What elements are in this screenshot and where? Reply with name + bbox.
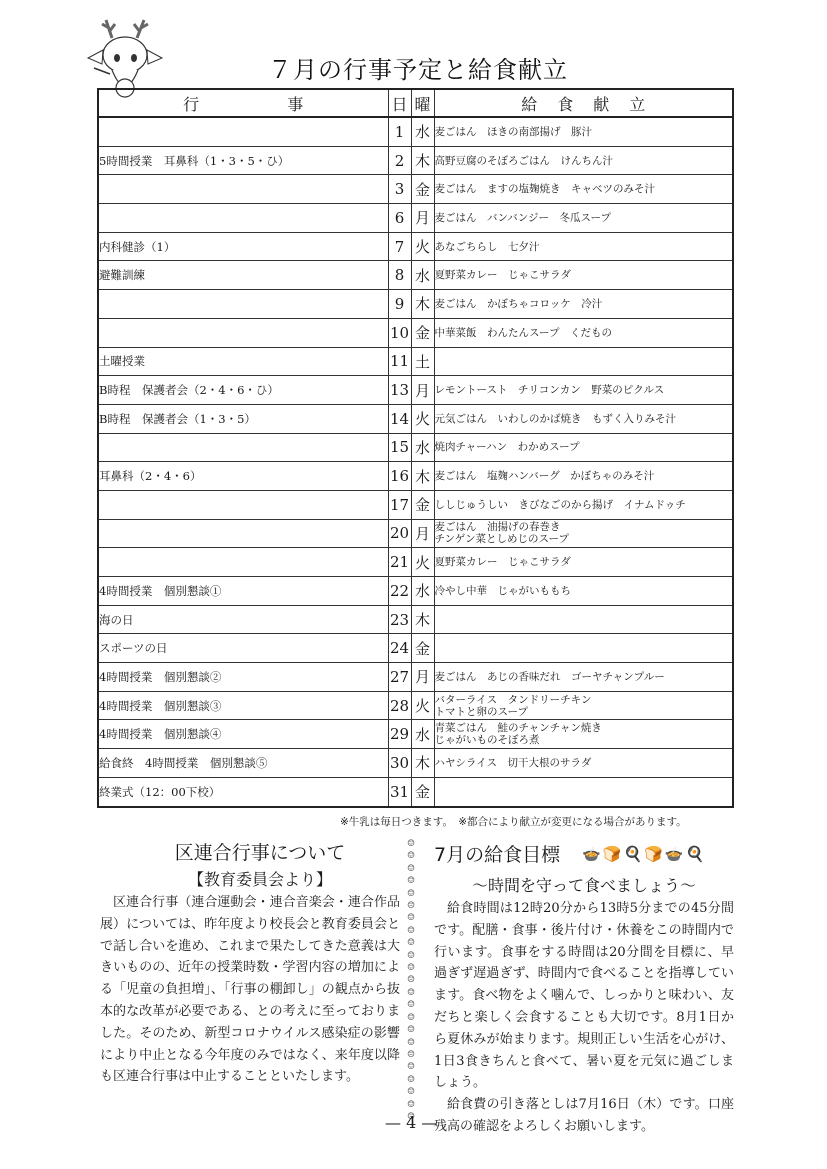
smiley-icon: ☺ xyxy=(407,962,415,974)
event-cell xyxy=(98,519,388,548)
food-icons: 🍲🍞🍳🍞🍲🍳 xyxy=(582,845,706,863)
smiley-icon: ☺ xyxy=(407,850,415,862)
weekday-cell: 火 xyxy=(411,548,434,577)
menu-cell: 冷やし中華 じゃがいももち xyxy=(434,577,733,606)
smiley-icon: ☺ xyxy=(407,888,415,900)
smiley-icon: ☺ xyxy=(407,863,415,875)
menu-cell: 麦ごはん ますの塩麹焼き キャベツのみそ汁 xyxy=(434,175,733,204)
table-row: 4時間授業 個別懇談②27月麦ごはん あじの香味だれ ゴーヤチャンプルー xyxy=(98,663,733,692)
event-cell: 海の日 xyxy=(98,605,388,634)
table-row: B時程 保護者会（2・4・6・ひ）13月レモントースト チリコンカン 野菜のピク… xyxy=(98,376,733,405)
smiley-icon: ☺ xyxy=(407,875,415,887)
event-cell: 終業式（12：00下校） xyxy=(98,777,388,806)
header-event-char-1: 行 xyxy=(183,92,199,115)
smiley-icon: ☺ xyxy=(407,1012,415,1024)
left-article: 区連合行事について 【教育委員会より】 区連合行事（連合運動会・連合音楽会・連合… xyxy=(100,838,400,1088)
weekday-cell: 火 xyxy=(411,232,434,261)
event-cell xyxy=(98,117,388,146)
weekday-cell: 木 xyxy=(411,749,434,778)
menu-cell: あなごちらし 七夕汁 xyxy=(434,232,733,261)
menu-cell: 夏野菜カレー じゃこサラダ xyxy=(434,548,733,577)
day-cell: 17 xyxy=(388,490,411,519)
day-cell: 20 xyxy=(388,519,411,548)
day-cell: 11 xyxy=(388,347,411,376)
day-cell: 13 xyxy=(388,376,411,405)
table-row: 耳鼻科（2・4・6）16木麦ごはん 塩麹ハンバーグ かぼちゃのみそ汁 xyxy=(98,462,733,491)
smiley-icon: ☺ xyxy=(407,950,415,962)
weekday-cell: 木 xyxy=(411,605,434,634)
weekday-cell: 金 xyxy=(411,318,434,347)
table-row: 20月麦ごはん 油揚げの春巻き チンゲン菜としめじのスープ xyxy=(98,519,733,548)
weekday-cell: 金 xyxy=(411,175,434,204)
right-article-paragraph-2: 給食費の引き落としは7月16日（木）です。口座残高の確認をよろしくお願いします。 xyxy=(434,1094,734,1138)
menu-cell: 焼肉チャーハン わかめスープ xyxy=(434,433,733,462)
day-cell: 22 xyxy=(388,577,411,606)
weekday-cell: 金 xyxy=(411,634,434,663)
menu-cell: ししじゅうしい きびなごのから揚げ イナムドゥチ xyxy=(434,490,733,519)
menu-cell: 麦ごはん バンバンジー 冬瓜スープ xyxy=(434,204,733,233)
weekday-cell: 水 xyxy=(411,117,434,146)
day-cell: 2 xyxy=(388,146,411,175)
right-article: 7月の給食目標 🍲🍞🍳🍞🍲🍳 ～時間を守って食べましょう～ 給食時間は12時20… xyxy=(434,840,734,1138)
day-cell: 3 xyxy=(388,175,411,204)
weekday-cell: 水 xyxy=(411,577,434,606)
day-cell: 1 xyxy=(388,117,411,146)
menu-cell xyxy=(434,605,733,634)
day-cell: 16 xyxy=(388,462,411,491)
smiley-icon: ☺ xyxy=(407,1099,415,1111)
table-notes: ※牛乳は毎日つきます。 ※都合により献立が変更になる場合があります。 xyxy=(340,814,687,829)
event-cell: 4時間授業 個別懇談② xyxy=(98,663,388,692)
table-row: 6月麦ごはん バンバンジー 冬瓜スープ xyxy=(98,204,733,233)
weekday-cell: 月 xyxy=(411,519,434,548)
smiley-icon: ☺ xyxy=(407,1024,415,1036)
day-cell: 24 xyxy=(388,634,411,663)
weekday-cell: 水 xyxy=(411,261,434,290)
table-row: 3金麦ごはん ますの塩麹焼き キャベツのみそ汁 xyxy=(98,175,733,204)
event-cell: 5時間授業 耳鼻科（1・3・5・ひ） xyxy=(98,146,388,175)
weekday-cell: 月 xyxy=(411,204,434,233)
smiley-icon: ☺ xyxy=(407,912,415,924)
left-article-body: 区連合行事（連合運動会・連合音楽会・連合作品展）については、昨年度より校長会と教… xyxy=(100,892,400,1088)
menu-cell xyxy=(434,777,733,806)
table-header-row: 行 事 日 曜 給食献立 xyxy=(98,89,733,117)
menu-cell: 麦ごはん かぼちゃコロッケ 冷汁 xyxy=(434,290,733,319)
menu-cell xyxy=(434,347,733,376)
weekday-cell: 水 xyxy=(411,720,434,749)
menu-cell: 麦ごはん 塩麹ハンバーグ かぼちゃのみそ汁 xyxy=(434,462,733,491)
event-cell: 避難訓練 xyxy=(98,261,388,290)
menu-cell: レモントースト チリコンカン 野菜のピクルス xyxy=(434,376,733,405)
table-row: 4時間授業 個別懇談①22水冷やし中華 じゃがいももち xyxy=(98,577,733,606)
table-row: 21火夏野菜カレー じゃこサラダ xyxy=(98,548,733,577)
page-title: ７月の行事予定と給食献立 xyxy=(268,50,568,85)
header-event: 行 事 xyxy=(98,89,388,117)
menu-cell: 麦ごはん ほきの南部揚げ 豚汁 xyxy=(434,117,733,146)
table-row: 10金中華菜飯 わんたんスープ くだもの xyxy=(98,318,733,347)
event-cell xyxy=(98,548,388,577)
table-row: 5時間授業 耳鼻科（1・3・5・ひ）2木高野豆腐のそぼろごはん けんちん汁 xyxy=(98,146,733,175)
table-row: 4時間授業 個別懇談④29水青菜ごはん 鮭のチャンチャン焼き じゃがいものそぼろ… xyxy=(98,720,733,749)
table-row: 終業式（12：00下校）31金 xyxy=(98,777,733,806)
smiley-icon: ☺ xyxy=(407,1037,415,1049)
header-weekday: 曜 xyxy=(411,89,434,117)
smiley-icon: ☺ xyxy=(407,937,415,949)
event-cell: 給食終 4時間授業 個別懇談⑤ xyxy=(98,749,388,778)
page-number: — 4 — xyxy=(385,1113,437,1132)
day-cell: 14 xyxy=(388,404,411,433)
smiley-icon: ☺ xyxy=(407,925,415,937)
right-article-title: 7月の給食目標 xyxy=(434,840,560,867)
day-cell: 7 xyxy=(388,232,411,261)
weekday-cell: 月 xyxy=(411,376,434,405)
event-cell: 耳鼻科（2・4・6） xyxy=(98,462,388,491)
menu-cell: 元気ごはん いわしのかば焼き もずく入りみそ汁 xyxy=(434,404,733,433)
left-article-title: 区連合行事について xyxy=(120,838,400,865)
table-row: スポーツの日24金 xyxy=(98,634,733,663)
menu-cell: 高野豆腐のそぼろごはん けんちん汁 xyxy=(434,146,733,175)
weekday-cell: 金 xyxy=(411,490,434,519)
smiley-icon: ☺ xyxy=(407,987,415,999)
smiley-icon: ☹ xyxy=(407,1049,415,1061)
event-cell: 4時間授業 個別懇談① xyxy=(98,577,388,606)
day-cell: 30 xyxy=(388,749,411,778)
day-cell: 21 xyxy=(388,548,411,577)
day-cell: 28 xyxy=(388,691,411,720)
day-cell: 10 xyxy=(388,318,411,347)
day-cell: 9 xyxy=(388,290,411,319)
table-row: 17金ししじゅうしい きびなごのから揚げ イナムドゥチ xyxy=(98,490,733,519)
event-cell xyxy=(98,204,388,233)
day-cell: 15 xyxy=(388,433,411,462)
event-cell xyxy=(98,433,388,462)
event-cell xyxy=(98,175,388,204)
table-row: 内科健診（1）7火あなごちらし 七夕汁 xyxy=(98,232,733,261)
event-cell xyxy=(98,290,388,319)
smiley-icon: ☹ xyxy=(407,974,415,986)
menu-cell: 中華菜飯 わんたんスープ くだもの xyxy=(434,318,733,347)
smiley-divider: ☺☺☺☺☺☹☺☺☺☺☺☹☺☺☺☺☺☹☺☺☺☺☹ xyxy=(404,838,418,1128)
day-cell: 23 xyxy=(388,605,411,634)
table-row: 土曜授業11土 xyxy=(98,347,733,376)
menu-cell: 麦ごはん あじの香味だれ ゴーヤチャンプルー xyxy=(434,663,733,692)
smiley-icon: ☺ xyxy=(407,1061,415,1073)
table-row: 避難訓練8水夏野菜カレー じゃこサラダ xyxy=(98,261,733,290)
menu-cell: ハヤシライス 切干大根のサラダ xyxy=(434,749,733,778)
smiley-icon: ☺ xyxy=(407,1074,415,1086)
table-row: 9木麦ごはん かぼちゃコロッケ 冷汁 xyxy=(98,290,733,319)
menu-cell: 夏野菜カレー じゃこサラダ xyxy=(434,261,733,290)
schedule-menu-table: 行 事 日 曜 給食献立 1水麦ごはん ほきの南部揚げ 豚汁5時間授業 耳鼻科（… xyxy=(97,88,734,808)
day-cell: 8 xyxy=(388,261,411,290)
event-cell: 4時間授業 個別懇談④ xyxy=(98,720,388,749)
event-cell xyxy=(98,490,388,519)
day-cell: 6 xyxy=(388,204,411,233)
smiley-icon: ☺ xyxy=(407,838,415,850)
weekday-cell: 木 xyxy=(411,462,434,491)
table-row: B時程 保護者会（1・3・5）14火元気ごはん いわしのかば焼き もずく入りみそ… xyxy=(98,404,733,433)
weekday-cell: 火 xyxy=(411,404,434,433)
event-cell: 4時間授業 個別懇談③ xyxy=(98,691,388,720)
right-article-subtitle: ～時間を守って食べましょう～ xyxy=(434,873,734,896)
weekday-cell: 水 xyxy=(411,433,434,462)
day-cell: 31 xyxy=(388,777,411,806)
event-cell: スポーツの日 xyxy=(98,634,388,663)
smiley-icon: ☹ xyxy=(407,900,415,912)
header-event-char-2: 事 xyxy=(287,92,303,115)
menu-cell: 青菜ごはん 鮭のチャンチャン焼き じゃがいものそぼろ煮 xyxy=(434,720,733,749)
table-row: 1水麦ごはん ほきの南部揚げ 豚汁 xyxy=(98,117,733,146)
day-cell: 29 xyxy=(388,720,411,749)
weekday-cell: 土 xyxy=(411,347,434,376)
right-article-paragraph-1: 給食時間は12時20分から13時5分までの45分間です。配膳・食事・後片付け・休… xyxy=(434,898,734,1094)
smiley-icon: ☺ xyxy=(407,999,415,1011)
weekday-cell: 木 xyxy=(411,146,434,175)
table-row: 海の日23木 xyxy=(98,605,733,634)
event-cell xyxy=(98,318,388,347)
weekday-cell: 火 xyxy=(411,691,434,720)
event-cell: 土曜授業 xyxy=(98,347,388,376)
event-cell: B時程 保護者会（2・4・6・ひ） xyxy=(98,376,388,405)
table-row: 15水焼肉チャーハン わかめスープ xyxy=(98,433,733,462)
event-cell: 内科健診（1） xyxy=(98,232,388,261)
weekday-cell: 木 xyxy=(411,290,434,319)
weekday-cell: 金 xyxy=(411,777,434,806)
header-menu: 給食献立 xyxy=(434,89,733,117)
smiley-icon: ☺ xyxy=(407,1086,415,1098)
menu-cell: 麦ごはん 油揚げの春巻き チンゲン菜としめじのスープ xyxy=(434,519,733,548)
event-cell: B時程 保護者会（1・3・5） xyxy=(98,404,388,433)
menu-cell: バターライス タンドリーチキン トマトと卵のスープ xyxy=(434,691,733,720)
weekday-cell: 月 xyxy=(411,663,434,692)
left-article-subtitle: 【教育委員会より】 xyxy=(120,867,400,890)
table-row: 4時間授業 個別懇談③28火バターライス タンドリーチキン トマトと卵のスープ xyxy=(98,691,733,720)
table-row: 給食終 4時間授業 個別懇談⑤30木ハヤシライス 切干大根のサラダ xyxy=(98,749,733,778)
day-cell: 27 xyxy=(388,663,411,692)
menu-cell xyxy=(434,634,733,663)
header-day: 日 xyxy=(388,89,411,117)
